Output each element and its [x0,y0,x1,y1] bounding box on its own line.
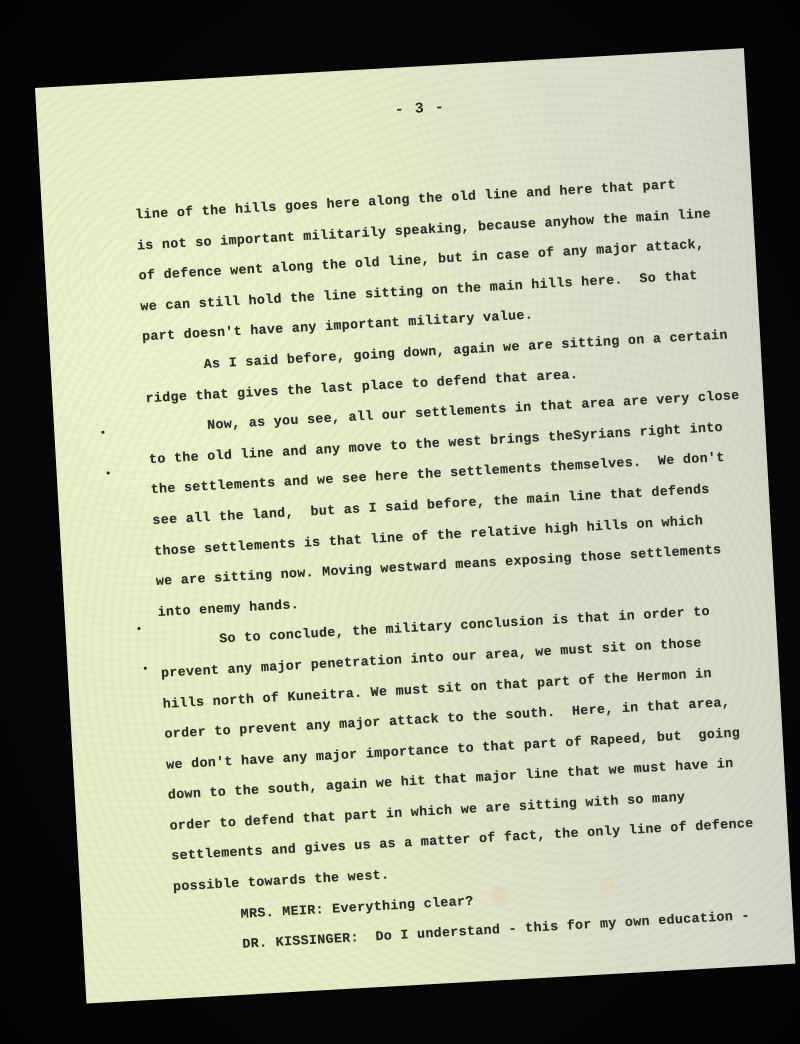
dialogue-text: Everything clear? [323,893,474,916]
document-page: - 3 - line of the hills goes here along … [35,48,795,1003]
scanned-document-view: - 3 - line of the hills goes here along … [0,0,800,1044]
speaker-name: MRS. MEIR: [240,902,324,922]
punch-mark [144,667,147,670]
punch-mark [137,627,140,630]
punch-mark [107,471,110,474]
speaker-name: DR. KISSINGER: [242,930,359,952]
transcript-body: line of the hills goes here along the ol… [134,166,786,964]
punch-mark [101,431,104,434]
page-number: - 3 - [394,99,445,119]
